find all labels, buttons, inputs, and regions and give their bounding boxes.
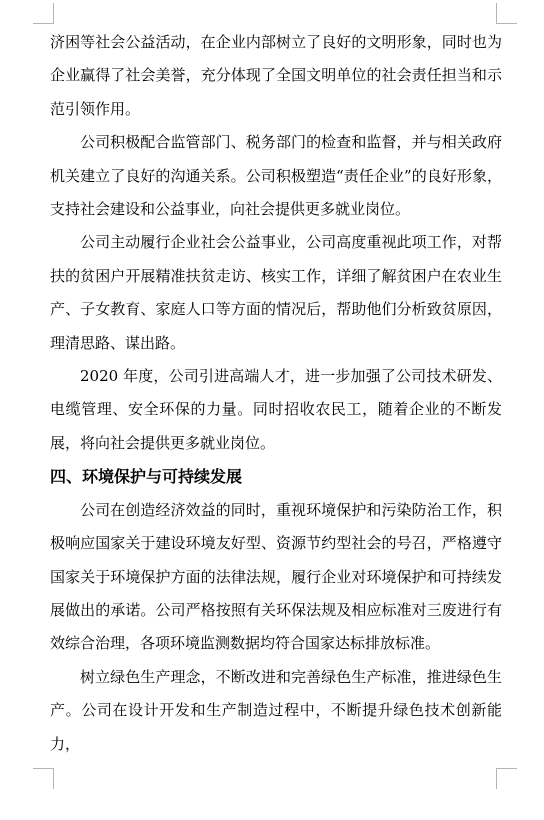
document-page: 济困等社会公益活动，在企业内部树立了良好的文明形象，同时也为企业赢得了社会美誉，… [0, 0, 544, 820]
margin-crop-mark-top-right-icon [496, 3, 517, 24]
paragraph-environmental-protection: 公司在创造经济效益的同时，重视环境保护和污染防治工作，积极响应国家关于建设环境友… [50, 494, 502, 661]
margin-crop-mark-top-left-icon [33, 3, 54, 24]
margin-crop-mark-bottom-right-icon [496, 768, 517, 789]
section-heading-environment-sustainability: 四、环境保护与可持续发展 [50, 460, 502, 493]
paragraph-poverty-alleviation: 公司主动履行企业社会公益事业，公司高度重视此项工作，对帮扶的贫困户开展精准扶贫走… [50, 226, 502, 360]
paragraph-talent-recruitment-2020: 2020 年度，公司引进高端人才，进一步加强了公司技术研发、电缆管理、安全环保的… [50, 360, 502, 460]
margin-crop-mark-bottom-left-icon [33, 768, 54, 789]
paragraph-regulator-cooperation: 公司积极配合监管部门、税务部门的检查和监督，并与相关政府机关建立了良好的沟通关系… [50, 126, 502, 226]
page-content: 济困等社会公益活动，在企业内部树立了良好的文明形象，同时也为企业赢得了社会美誉，… [50, 26, 502, 761]
paragraph-green-production: 树立绿色生产理念，不断改进和完善绿色生产标准，推进绿色生产。公司在设计开发和生产… [50, 661, 502, 761]
paragraph-social-welfare-continued: 济困等社会公益活动，在企业内部树立了良好的文明形象，同时也为企业赢得了社会美誉，… [50, 26, 502, 126]
